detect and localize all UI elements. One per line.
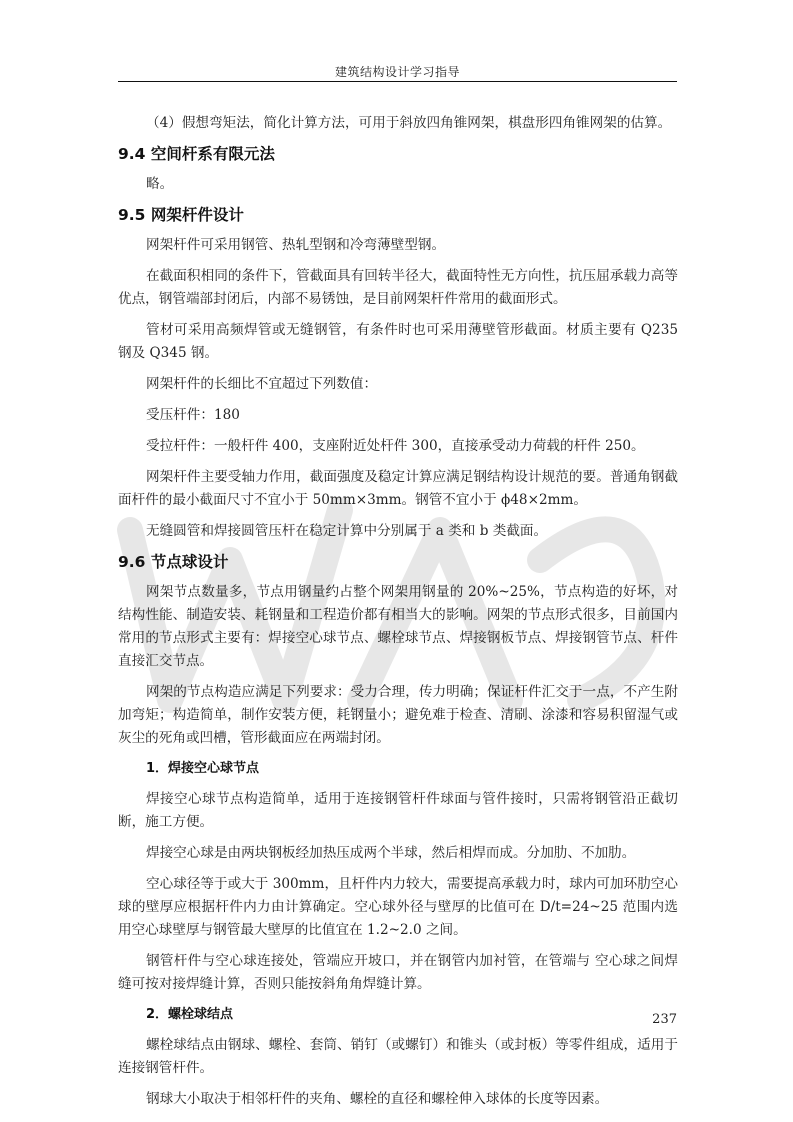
paragraph: 管材可采用高频焊管或无缝钢管，有条件时也可采用薄壁管形截面。材质主要有 Q235… — [118, 319, 678, 365]
section-heading-9-4: 9.4 空间杆系有限元法 — [118, 143, 678, 165]
section-heading-9-6: 9.6 节点球设计 — [118, 551, 678, 573]
header-rule — [118, 81, 677, 82]
subsection-heading-welded-hollow-sphere: 1．焊接空心球节点 — [146, 758, 678, 780]
paragraph: 钢管杆件与空心球连接处，管端应开坡口，并在钢管内加衬管，在管端与 空心球之间焊缝… — [118, 950, 678, 996]
paragraph: 受拉杆件：一般杆件 400，支座附近处杆件 300，直接承受动力荷载的杆件 25… — [118, 435, 678, 458]
running-header: 建筑结构设计学习指导 — [118, 63, 677, 80]
document-page: 建筑结构设计学习指导 （4）假想弯矩法，简化计算方法，可用于斜放四角锥网架，棋盘… — [0, 0, 793, 1122]
paragraph: 网架杆件的长细比不宜超过下列数值： — [118, 373, 678, 396]
subsection-heading-bolted-sphere: 2．螺栓球结点 — [146, 1004, 678, 1026]
paragraph: 钢球大小取决于相邻杆件的夹角、螺栓的直径和螺栓伸入球体的长度等因素。 — [118, 1088, 678, 1111]
paragraph: 网架杆件主要受轴力作用，截面强度及稳定计算应满足钢结构设计规范的要。普通角钢截面… — [118, 466, 678, 512]
paragraph: 无缝圆管和焊接圆管压杆在稳定计算中分别属于 a 类和 b 类截面。 — [118, 520, 678, 543]
paragraph: 螺栓球结点由钢球、螺栓、套筒、销钉（或螺钉）和锥头（或封板）等零件组成，适用于连… — [118, 1034, 678, 1080]
paragraph: 在截面积相同的条件下，管截面具有回转半径大，截面特性无方向性，抗压屈承载力高等优… — [118, 265, 678, 311]
paragraph: 网架杆件可采用钢管、热轧型钢和冷弯薄壁型钢。 — [118, 234, 678, 257]
paragraph: 焊接空心球是由两块钢板经加热压成两个半球，然后相焊而成。分加肋、不加肋。 — [118, 842, 678, 865]
page-number: 237 — [640, 1012, 677, 1027]
paragraph: 网架节点数量多，节点用钢量约占整个网架用钢量的 20%~25%，节点构造的好坏，… — [118, 581, 678, 673]
paragraph: 受压杆件：180 — [118, 404, 678, 427]
section-heading-9-5: 9.5 网架杆件设计 — [118, 204, 678, 226]
paragraph: 略。 — [118, 173, 678, 196]
paragraph: 焊接空心球节点构造简单，适用于连接钢管杆件球面与管件接时，只需将钢管沿正截切断，… — [118, 788, 678, 834]
paragraph: 网架的节点构造应满足下列要求：受力合理，传力明确；保证杆件汇交于一点，不产生附加… — [118, 681, 678, 750]
paragraph: （4）假想弯矩法，简化计算方法，可用于斜放四角锥网架，棋盘形四角锥网架的估算。 — [118, 112, 678, 135]
paragraph: 空心球径等于或大于 300mm，且杆件内力较大，需要提高承载力时，球内可加环肋空… — [118, 873, 678, 942]
page-content: （4）假想弯矩法，简化计算方法，可用于斜放四角锥网架，棋盘形四角锥网架的估算。 … — [118, 112, 678, 1119]
